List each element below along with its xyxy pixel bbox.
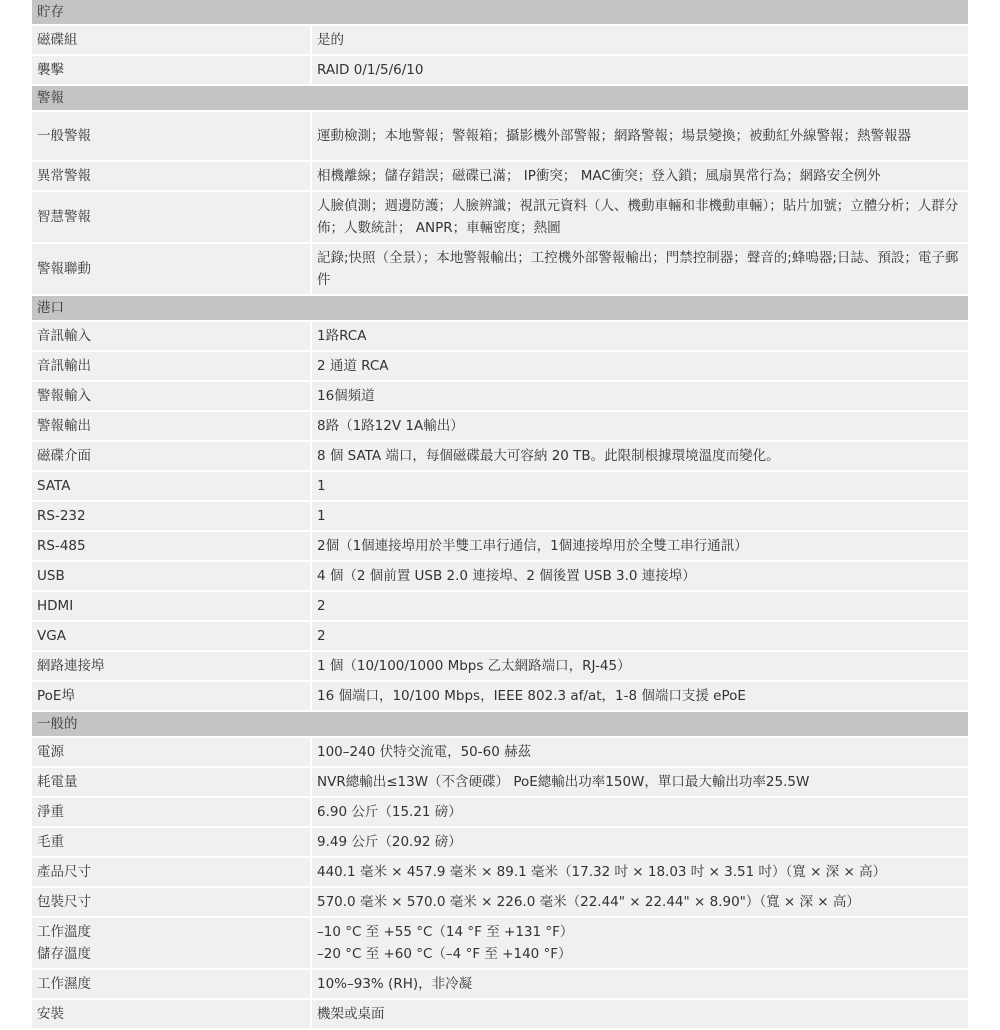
row-label: 工作溫度 — [37, 921, 91, 943]
spec-table: 貯存 磁碟組 是的 襲擊 RAID 0/1/5/6/10 警報 一般警報 運動檢… — [32, 0, 968, 1000]
row-label: VGA — [32, 622, 310, 650]
row-value: 2 通道 RCA — [312, 352, 968, 380]
table-row: 產品尺寸 440.1 毫米 × 457.9 毫米 × 89.1 毫米（17.32… — [32, 858, 968, 886]
row-value: 記錄;快照（全景）；本地警報輸出；工控機外部警報輸出；門禁控制器；聲音的;蜂鳴器… — [312, 244, 968, 294]
table-row: 毛重 9.49 公斤（20.92 磅） — [32, 828, 968, 856]
section-header-alarm: 警報 — [32, 86, 968, 110]
table-row: 包裝尺寸 570.0 毫米 × 570.0 毫米 × 226.0 毫米（22.4… — [32, 888, 968, 916]
table-row: 淨重 6.90 公斤（15.21 磅） — [32, 798, 968, 826]
row-value: 1 個（10/100/1000 Mbps 乙太網路端口，RJ-45） — [312, 652, 968, 680]
row-label: 音訊輸入 — [32, 322, 310, 350]
table-row: 網路連接埠 1 個（10/100/1000 Mbps 乙太網路端口，RJ-45） — [32, 652, 968, 680]
row-label: 淨重 — [32, 798, 310, 826]
row-value: –10 °C 至 +55 °C（14 °F 至 +131 °F） — [317, 921, 963, 943]
table-row: 襲擊 RAID 0/1/5/6/10 — [32, 56, 968, 84]
row-label: HDMI — [32, 592, 310, 620]
row-value: 16 個端口，10/100 Mbps，IEEE 802.3 af/at，1-8 … — [312, 682, 968, 710]
row-value: 1路RCA — [312, 322, 968, 350]
row-label: 音訊輸出 — [32, 352, 310, 380]
row-label: 異常警報 — [32, 162, 310, 190]
row-value: 6.90 公斤（15.21 磅） — [312, 798, 968, 826]
row-value: 人臉偵測；週邊防護；人臉辨識；視訊元資料（人、機動車輛和非機動車輛）；貼片加號；… — [312, 192, 968, 242]
row-value: 運動檢測；本地警報；警報箱；攝影機外部警報；網路警報；場景變換；被動紅外線警報；… — [312, 112, 968, 160]
row-label: 工作濕度 — [32, 970, 310, 998]
row-label: RS-232 — [32, 502, 310, 530]
row-value-group: –10 °C 至 +55 °C（14 °F 至 +131 °F） –20 °C … — [312, 918, 968, 968]
row-label: RS-485 — [32, 532, 310, 560]
section-header-ports: 港口 — [32, 296, 968, 320]
section-header-general: 一般的 — [32, 712, 968, 736]
table-row: 音訊輸出 2 通道 RCA — [32, 352, 968, 380]
table-row-temperature: 工作溫度 儲存溫度 –10 °C 至 +55 °C（14 °F 至 +131 °… — [32, 918, 968, 968]
table-row: USB 4 個（2 個前置 USB 2.0 連接埠、2 個後置 USB 3.0 … — [32, 562, 968, 590]
row-label: PoE埠 — [32, 682, 310, 710]
row-value: 2 — [312, 622, 968, 650]
row-value: NVR總輸出≤13W（不含硬碟） PoE總輸出功率150W，單口最大輸出功率25… — [312, 768, 968, 796]
table-row: SATA 1 — [32, 472, 968, 500]
row-label: 產品尺寸 — [32, 858, 310, 886]
row-value: 2 — [312, 592, 968, 620]
row-value: –20 °C 至 +60 °C（–4 °F 至 +140 °F） — [317, 943, 963, 965]
row-label: USB — [32, 562, 310, 590]
row-value: 440.1 毫米 × 457.9 毫米 × 89.1 毫米（17.32 吋 × … — [312, 858, 968, 886]
row-label: 警報聯動 — [32, 244, 310, 294]
row-value: 相機離線；儲存錯誤；磁碟已滿； IP衝突； MAC衝突；登入鎖；風扇異常行為；網… — [312, 162, 968, 190]
row-value: 1 — [312, 472, 968, 500]
table-row: 電源 100–240 伏特交流電，50-60 赫茲 — [32, 738, 968, 766]
table-row: 警報輸入 16個頻道 — [32, 382, 968, 410]
row-value: 8 個 SATA 端口，每個磁碟最大可容納 20 TB。此限制根據環境溫度而變化… — [312, 442, 968, 470]
row-value: 100–240 伏特交流電，50-60 赫茲 — [312, 738, 968, 766]
row-label-group: 工作溫度 儲存溫度 — [32, 918, 310, 968]
table-row: 磁碟組 是的 — [32, 26, 968, 54]
row-label: 毛重 — [32, 828, 310, 856]
row-label: 耗電量 — [32, 768, 310, 796]
row-label: 一般警報 — [32, 112, 310, 160]
table-row: RS-485 2個（1個連接埠用於半雙工串行通信，1個連接埠用於全雙工串行通訊） — [32, 532, 968, 560]
row-label: SATA — [32, 472, 310, 500]
row-label: 警報輸出 — [32, 412, 310, 440]
row-value: 4 個（2 個前置 USB 2.0 連接埠、2 個後置 USB 3.0 連接埠） — [312, 562, 968, 590]
table-row: 智慧警報 人臉偵測；週邊防護；人臉辨識；視訊元資料（人、機動車輛和非機動車輛）；… — [32, 192, 968, 242]
row-value: 10%–93% (RH)，非冷凝 — [312, 970, 968, 998]
row-value: 2個（1個連接埠用於半雙工串行通信，1個連接埠用於全雙工串行通訊） — [312, 532, 968, 560]
row-value: 570.0 毫米 × 570.0 毫米 × 226.0 毫米（22.44" × … — [312, 888, 968, 916]
row-value: 8路（1路12V 1A輸出） — [312, 412, 968, 440]
table-row: 異常警報 相機離線；儲存錯誤；磁碟已滿； IP衝突； MAC衝突；登入鎖；風扇異… — [32, 162, 968, 190]
table-row: VGA 2 — [32, 622, 968, 650]
table-row: RS-232 1 — [32, 502, 968, 530]
row-label: 電源 — [32, 738, 310, 766]
table-row: 耗電量 NVR總輸出≤13W（不含硬碟） PoE總輸出功率150W，單口最大輸出… — [32, 768, 968, 796]
row-label: 儲存溫度 — [37, 943, 91, 965]
table-row: 警報輸出 8路（1路12V 1A輸出） — [32, 412, 968, 440]
row-label: 包裝尺寸 — [32, 888, 310, 916]
table-row: 磁碟介面 8 個 SATA 端口，每個磁碟最大可容納 20 TB。此限制根據環境… — [32, 442, 968, 470]
row-value: 9.49 公斤（20.92 磅） — [312, 828, 968, 856]
table-row: 工作濕度 10%–93% (RH)，非冷凝 — [32, 970, 968, 998]
row-value: RAID 0/1/5/6/10 — [312, 56, 968, 84]
row-label: 磁碟組 — [32, 26, 310, 54]
row-label: 智慧警報 — [32, 192, 310, 242]
row-label: 磁碟介面 — [32, 442, 310, 470]
row-value: 是的 — [312, 26, 968, 54]
table-row: HDMI 2 — [32, 592, 968, 620]
row-value: 1 — [312, 502, 968, 530]
table-row: 音訊輸入 1路RCA — [32, 322, 968, 350]
section-header-storage: 貯存 — [32, 0, 968, 24]
row-value: 16個頻道 — [312, 382, 968, 410]
row-label: 網路連接埠 — [32, 652, 310, 680]
table-row: 一般警報 運動檢測；本地警報；警報箱；攝影機外部警報；網路警報；場景變換；被動紅… — [32, 112, 968, 160]
table-row: 警報聯動 記錄;快照（全景）；本地警報輸出；工控機外部警報輸出；門禁控制器；聲音… — [32, 244, 968, 294]
row-label: 襲擊 — [32, 56, 310, 84]
row-label: 警報輸入 — [32, 382, 310, 410]
table-row: PoE埠 16 個端口，10/100 Mbps，IEEE 802.3 af/at… — [32, 682, 968, 710]
